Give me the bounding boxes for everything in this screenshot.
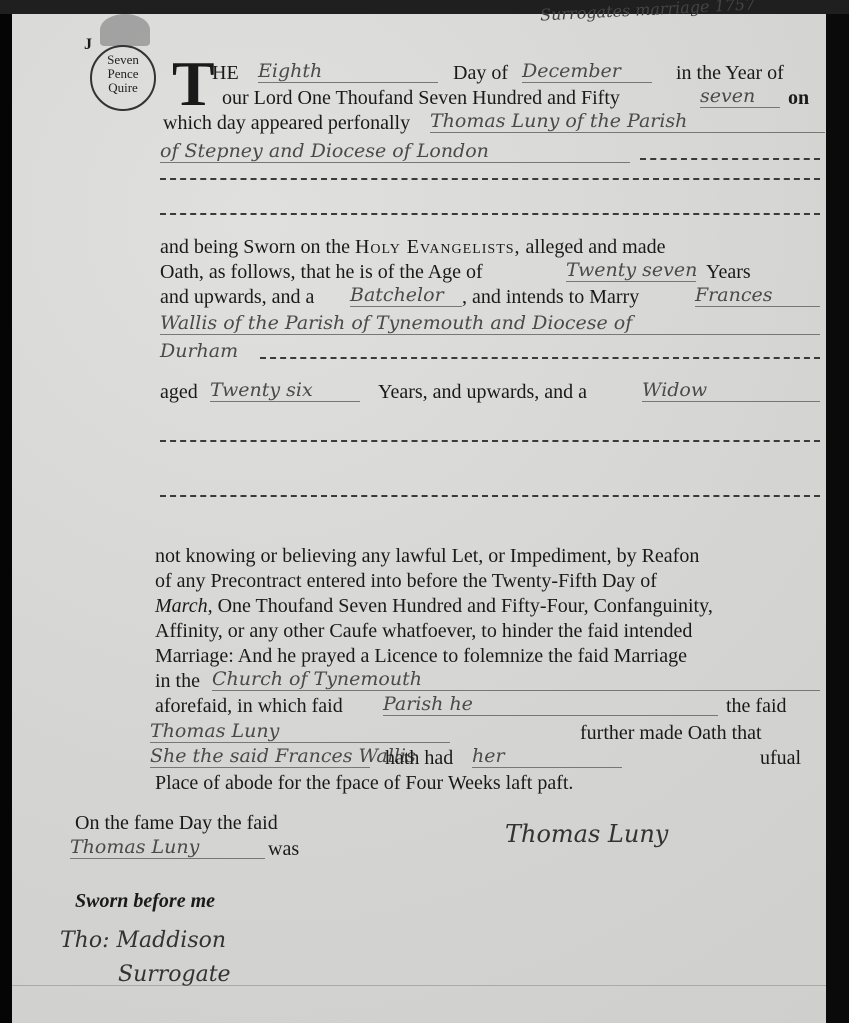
field-bride-name: Frances — [695, 284, 820, 307]
field-bride-status: Widow — [642, 379, 820, 402]
field-bride-age: Twenty six — [210, 379, 360, 402]
text-the: HE — [212, 62, 239, 85]
para3-line3: March, One Thoufand Seven Hundred and Fi… — [155, 595, 713, 618]
text-march: March — [155, 595, 208, 617]
text-the-said: the faid — [726, 695, 787, 718]
text-years: Years — [706, 261, 751, 284]
text-hath-had: hath had — [385, 747, 453, 770]
text-aforesaid: aforefaid, in which faid — [155, 695, 343, 718]
text-aged: aged — [160, 381, 198, 404]
text-and-a: and upwards, and a — [160, 286, 314, 309]
text-day-of: Day of — [453, 62, 508, 85]
field-church: Church of Tynemouth — [212, 668, 820, 691]
text: and being Sworn on the — [160, 236, 350, 258]
dash-fill — [160, 213, 820, 215]
field-deponent-parish: of Stepney and Diocese of London — [160, 140, 630, 163]
text-on: on — [788, 87, 809, 110]
field-deponent-repeat: Thomas Luny — [150, 720, 450, 743]
stamp-mark: J — [84, 36, 92, 54]
scan-border-left — [0, 14, 12, 1023]
para3-line10: Place of abode for the fpace of Four Wee… — [155, 772, 573, 795]
text-in-the: in the — [155, 670, 200, 693]
text-holy-evangelists: Holy Evangelists, — [355, 236, 521, 258]
field-day: Eighth — [258, 60, 438, 83]
dash-fill — [640, 158, 820, 160]
text-years-upwards: Years, and upwards, and a — [378, 381, 587, 404]
dash-fill — [260, 357, 820, 359]
para3-line1: not knowing or believing any lawful Let,… — [155, 545, 699, 568]
text-appeared: which day appeared perfonally — [163, 112, 410, 135]
field-residence-person: She the said Frances Wallis — [150, 745, 370, 768]
stamp-line-1: Seven — [92, 53, 154, 67]
field-deponent: Thomas Luny of the Parish — [430, 110, 825, 133]
field-pronoun: her — [472, 745, 622, 768]
dash-fill — [160, 495, 820, 497]
para2-line1: and being Sworn on the Holy Evangelists,… — [160, 236, 665, 259]
scan-border-right — [826, 14, 849, 1023]
field-bride-diocese: Durham — [160, 340, 238, 362]
field-year: seven — [700, 85, 780, 108]
field-groom-age: Twenty seven — [566, 259, 696, 282]
text-usual: ufual — [760, 747, 801, 770]
text-sworn-before: Sworn before me — [75, 890, 215, 913]
stamp-line-2: Pence — [92, 67, 154, 81]
dash-fill — [160, 178, 820, 180]
text: alleged and made — [526, 236, 666, 258]
text-same-day: On the fame Day the faid — [75, 812, 278, 835]
text-our-lord: our Lord One Thoufand Seven Hundred and … — [222, 87, 620, 110]
field-sworn-name: Thomas Luny — [70, 836, 265, 859]
official-title: Surrogate — [118, 962, 231, 987]
dash-fill — [160, 440, 820, 442]
field-parish-he: Parish he — [383, 693, 718, 716]
text-further-oath: further made Oath that — [580, 722, 762, 745]
document-page — [12, 14, 826, 1023]
field-groom-status: Batchelor — [350, 284, 462, 307]
field-bride-parish: Wallis of the Parish of Tynemouth and Di… — [160, 312, 820, 335]
signature-deponent: Thomas Luny — [505, 820, 668, 848]
para3-line2: of any Precontract entered into before t… — [155, 570, 657, 593]
stamp-line-3: Quire — [92, 81, 154, 95]
drop-cap: T — [172, 54, 215, 114]
text-oath-age: Oath, as follows, that he is of the Age … — [160, 261, 483, 284]
text: , One Thoufand Seven Hundred and Fifty-F… — [208, 595, 713, 617]
field-month: December — [522, 60, 652, 83]
text-year-of: in the Year of — [676, 62, 784, 85]
para3-line5: Marriage: And he prayed a Licence to fol… — [155, 645, 687, 668]
text-was: was — [268, 838, 299, 861]
duty-stamp: Seven Pence Quire — [90, 45, 156, 111]
text-intends-marry: , and intends to Marry — [462, 286, 639, 309]
para3-line4: Affinity, or any other Caufe whatfoever,… — [155, 620, 692, 643]
signature-official: Tho: Maddison — [60, 928, 226, 953]
crown-stamp-icon — [100, 14, 150, 46]
